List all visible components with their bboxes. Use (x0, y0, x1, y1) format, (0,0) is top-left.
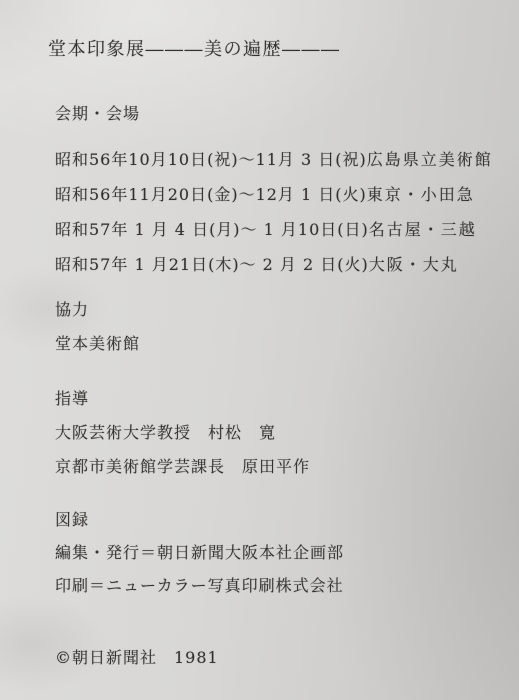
schedule-row: 昭和57年 1 月21日(木)～ 2 月 2 日(火) 大阪・大丸 (55, 246, 505, 281)
guidance-heading: 指導 (55, 389, 89, 409)
cooperation-line: 堂本美術館 (55, 334, 140, 354)
schedule-dates: 昭和57年 1 月21日(木)～ 2 月 2 日(火) (55, 252, 369, 275)
catalog-line: 印刷＝ニューカラー写真印刷株式会社 (55, 576, 344, 596)
page-title: 堂本印象展―――美の遍歴――― (48, 40, 341, 60)
schedule-venue: 名古屋・三越 (369, 217, 477, 240)
catalog-heading: 図録 (55, 510, 89, 530)
book-page-photo: 堂本印象展―――美の遍歴――― 会期・会場 昭和56年10月10日(祝)～11月… (0, 0, 519, 700)
schedule-venue: 大阪・大丸 (369, 252, 459, 275)
schedule-table: 昭和56年10月10日(祝)～11月 3 日(祝) 広島県立美術館 昭和56年1… (55, 141, 505, 281)
schedule-venue: 東京・小田急 (367, 182, 475, 205)
schedule-heading: 会期・会場 (55, 104, 140, 124)
copyright-line: ©朝日新聞社 1981 (55, 648, 219, 668)
catalog-line: 編集・発行＝朝日新聞大阪本社企画部 (55, 543, 344, 563)
schedule-row: 昭和56年11月20日(金)～12月 1 日(火) 東京・小田急 (55, 176, 505, 211)
schedule-row: 昭和57年 1 月 4 日(月)～ 1 月10日(日) 名古屋・三越 (55, 211, 505, 246)
cooperation-heading: 協力 (55, 300, 89, 320)
schedule-dates: 昭和56年11月20日(金)～12月 1 日(火) (55, 182, 367, 205)
guidance-line: 京都市美術館学芸課長 原田平作 (55, 457, 310, 477)
schedule-dates: 昭和56年10月10日(祝)～11月 3 日(祝) (55, 147, 367, 170)
schedule-dates: 昭和57年 1 月 4 日(月)～ 1 月10日(日) (55, 217, 369, 240)
guidance-line: 大阪芸術大学教授 村松 寛 (55, 423, 276, 443)
schedule-venue: 広島県立美術館 (367, 147, 493, 170)
schedule-row: 昭和56年10月10日(祝)～11月 3 日(祝) 広島県立美術館 (55, 141, 505, 176)
